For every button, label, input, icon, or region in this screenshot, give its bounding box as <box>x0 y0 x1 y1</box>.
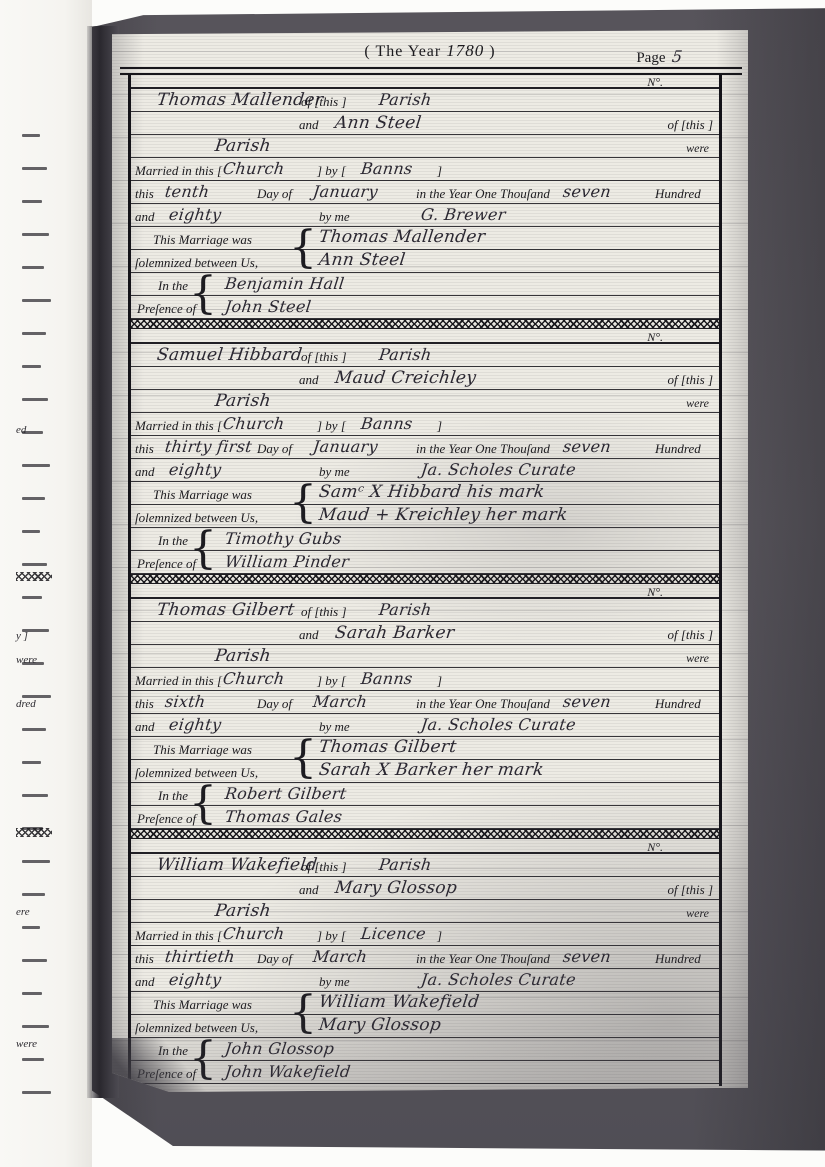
married-in-value: Church <box>222 414 286 433</box>
parish-line: Parish were <box>131 645 719 668</box>
and-label: and <box>135 974 155 990</box>
this-label: this <box>135 441 154 457</box>
presence-of-label: Preſence of <box>137 556 196 572</box>
minister-line: and eighty by me Ja. Scholes Curate <box>131 714 719 737</box>
day-of-label: Day of <box>257 951 292 967</box>
date-line: this thirtieth Day of March in the Year … <box>131 946 719 969</box>
record-number-row: N°. <box>131 839 719 854</box>
bride-name: Maud Creichley <box>334 368 478 388</box>
this-label: this <box>135 951 154 967</box>
marriage-method-value: Banns <box>360 669 414 688</box>
facing-page-divider-fragment <box>16 828 52 837</box>
witness2-line: Preſence of William Pinder <box>131 551 719 574</box>
and-label: and <box>299 882 319 898</box>
day-of-label: Day of <box>257 696 292 712</box>
marriage-was-label: This Marriage was <box>153 232 252 248</box>
married-in-this-label: Married in this [ <box>135 418 222 434</box>
were-label: were <box>686 141 709 156</box>
and-label: and <box>299 372 319 388</box>
groom-signature-line: This Marriage was Thomas Gilbert <box>131 737 719 760</box>
signature-brace: { <box>289 225 317 271</box>
ruled-line-end <box>22 167 47 170</box>
year-hundreds-value: seven <box>562 947 612 966</box>
marriage-method-value: Banns <box>360 159 414 178</box>
signature-brace: { <box>289 735 317 781</box>
of-this-label: of [this ] <box>667 882 713 898</box>
groom-name: Thomas Gilbert <box>156 600 296 620</box>
year-phrase-label: in the Year One Thouſand <box>416 951 550 967</box>
bride-line: and Ann Steel of [this ] <box>131 112 719 135</box>
groom-signature-line: This Marriage was William Wakefield <box>131 992 719 1015</box>
parish-line: Parish were <box>131 135 719 158</box>
signature-brace: { <box>289 480 317 526</box>
records: N°. Thomas Mallender of [this ] Parish a… <box>131 74 719 1084</box>
were-label: were <box>686 651 709 666</box>
married-in-value: Church <box>222 669 286 688</box>
groom-line: Thomas Gilbert of [this ] Parish <box>131 599 719 622</box>
minister-signature: Ja. Scholes Curate <box>420 715 577 734</box>
day-of-label: Day of <box>257 441 292 457</box>
ruled-line-end <box>22 266 44 269</box>
in-the-label: In the <box>158 533 188 549</box>
bride-signature-line: ſolemnized between Us, Mary Glossop <box>131 1015 719 1038</box>
facing-page-edge: edy ]weredrederewere <box>0 0 92 1167</box>
year-phrase-label: in the Year One Thouſand <box>416 441 550 457</box>
ruled-line-end <box>22 860 50 863</box>
minister-signature: Ja. Scholes Curate <box>420 970 577 989</box>
marriage-record: N°. Thomas Gilbert of [this ] Parish and… <box>131 584 719 829</box>
record-number-label: N°. <box>647 330 663 345</box>
of-this-label: of [this ] <box>667 372 713 388</box>
page-number: Page5 <box>636 47 682 67</box>
married-line: Married in this [ Church ] by [ Banns ] <box>131 413 719 436</box>
day-of-label: Day of <box>257 186 292 202</box>
groom-name: Samuel Hibbard <box>156 345 304 365</box>
and-label: and <box>135 209 155 225</box>
by-label: ] by [ <box>317 928 346 944</box>
bride-name: Sarah Barker <box>334 623 456 643</box>
ruled-line-end <box>22 563 47 566</box>
groom-line: Thomas Mallender of [this ] Parish <box>131 89 719 112</box>
year-phrase-label: in the Year One Thouſand <box>416 696 550 712</box>
witness-brace: { <box>189 526 217 572</box>
ruled-line-end <box>22 893 45 896</box>
married-line: Married in this [ Church ] by [ Licence … <box>131 923 719 946</box>
register-frame: N°. Thomas Mallender of [this ] Parish a… <box>128 74 722 1086</box>
ruled-line-end <box>22 530 40 533</box>
bracket-close: ] <box>437 928 442 944</box>
day-value: tenth <box>164 182 211 201</box>
record-number-label: N°. <box>647 840 663 855</box>
marriage-was-label: This Marriage was <box>153 997 252 1013</box>
day-value: sixth <box>164 692 207 711</box>
in-the-label: In the <box>158 788 188 804</box>
facing-page-text-fragment: ed <box>16 424 26 436</box>
signature-brace: { <box>289 990 317 1036</box>
hundred-label: Hundred <box>655 441 701 457</box>
ruled-line-end <box>22 1058 44 1061</box>
bracket-close: ] <box>437 673 442 689</box>
groom-parish: Parish <box>378 345 433 364</box>
by-me-label: by me <box>319 719 350 735</box>
ruled-line-end <box>22 761 41 764</box>
witness1-line: In the Robert Gilbert <box>131 783 719 806</box>
bride-signature: Sarah X Barker her mark <box>318 760 545 780</box>
groom-signature: Samᶜ X Hibbard his mark <box>318 482 546 502</box>
witness2-signature: John Wakefield <box>224 1062 352 1081</box>
ruled-line-end <box>22 596 42 599</box>
groom-line: William Wakefield of [this ] Parish <box>131 854 719 877</box>
by-me-label: by me <box>319 974 350 990</box>
year-value: 1780 <box>446 41 484 60</box>
section-divider <box>131 829 719 839</box>
by-label: ] by [ <box>317 673 346 689</box>
date-line: this thirty first Day of January in the … <box>131 436 719 459</box>
bride-parish: Parish <box>214 136 272 156</box>
groom-name: Thomas Mallender <box>156 90 325 110</box>
year-tens-value: eighty <box>168 460 223 479</box>
year-hundreds-value: seven <box>562 437 612 456</box>
frame-top-rule <box>120 67 742 69</box>
day-value: thirtieth <box>164 947 236 966</box>
by-me-label: by me <box>319 464 350 480</box>
ruled-line-end <box>22 233 49 236</box>
witness2-line: Preſence of Thomas Gales <box>131 806 719 829</box>
month-value: January <box>312 182 379 201</box>
of-this-label: of [this ] <box>667 627 713 643</box>
ruled-line-end <box>22 992 42 995</box>
facing-page-text-fragment: dred <box>16 698 36 710</box>
ruled-line-end <box>22 728 46 731</box>
facing-page-text-fragment: ere <box>16 906 30 918</box>
bride-signature: Mary Glossop <box>318 1015 443 1035</box>
married-line: Married in this [ Church ] by [ Banns ] <box>131 158 719 181</box>
of-this-label: of [this ] <box>301 604 347 620</box>
minister-line: and eighty by me G. Brewer <box>131 204 719 227</box>
section-divider <box>131 319 719 329</box>
record-number-row: N°. <box>131 329 719 344</box>
ruled-line-end <box>22 299 51 302</box>
hundred-label: Hundred <box>655 951 701 967</box>
married-in-value: Church <box>222 924 286 943</box>
presence-of-label: Preſence of <box>137 811 196 827</box>
minister-signature: Ja. Scholes Curate <box>420 460 577 479</box>
date-line: this tenth Day of January in the Year On… <box>131 181 719 204</box>
marriage-was-label: This Marriage was <box>153 487 252 503</box>
facing-page-divider-fragment <box>16 572 52 581</box>
hundred-label: Hundred <box>655 186 701 202</box>
marriage-was-label: This Marriage was <box>153 742 252 758</box>
and-label: and <box>135 464 155 480</box>
parish-line: Parish were <box>131 390 719 413</box>
year-phrase-label: in the Year One Thouſand <box>416 186 550 202</box>
bride-signature: Maud + Kreichley her mark <box>318 505 569 525</box>
marriage-record: N°. Samuel Hibbard of [this ] Parish and… <box>131 329 719 574</box>
scanned-register-sheet: edy ]weredrederewere ( The Year 1780 ) P… <box>0 0 825 1167</box>
and-label: and <box>299 117 319 133</box>
ruled-line-end <box>22 794 48 797</box>
bride-parish: Parish <box>214 391 272 411</box>
witness2-signature: William Pinder <box>224 552 351 571</box>
ruled-line-end <box>22 200 42 203</box>
by-label: ] by [ <box>317 163 346 179</box>
month-value: March <box>312 947 369 966</box>
section-divider <box>131 574 719 584</box>
by-me-label: by me <box>319 209 350 225</box>
hundred-label: Hundred <box>655 696 701 712</box>
facing-page-text-fragment: y ] <box>16 630 28 642</box>
record-number-label: N°. <box>647 585 663 600</box>
page-label: Page <box>636 50 665 66</box>
witness1-signature: John Glossop <box>224 1039 336 1058</box>
record-number-row: N°. <box>131 74 719 89</box>
bride-signature-line: ſolemnized between Us, Ann Steel <box>131 250 719 273</box>
married-in-value: Church <box>222 159 286 178</box>
bride-parish: Parish <box>214 646 272 666</box>
groom-signature: Thomas Mallender <box>318 227 487 247</box>
ruled-line-end <box>22 332 46 335</box>
bride-line: and Mary Glossop of [this ] <box>131 877 719 900</box>
ruled-line-end <box>22 1025 49 1028</box>
year-title-prefix: ( The Year <box>364 43 441 60</box>
by-label: ] by [ <box>317 418 346 434</box>
this-label: this <box>135 186 154 202</box>
presence-of-label: Preſence of <box>137 301 196 317</box>
marriage-record: N°. Thomas Mallender of [this ] Parish a… <box>131 74 719 319</box>
page-header: ( The Year 1780 ) Page5 <box>112 41 748 67</box>
witness-brace: { <box>189 271 217 317</box>
groom-name: William Wakefield <box>156 855 319 875</box>
and-label: and <box>135 719 155 735</box>
bride-parish: Parish <box>214 901 272 921</box>
ruled-line-end <box>22 398 48 401</box>
minister-signature: G. Brewer <box>420 205 507 224</box>
groom-signature: Thomas Gilbert <box>318 737 458 757</box>
bride-line: and Maud Creichley of [this ] <box>131 367 719 390</box>
bride-name: Ann Steel <box>334 113 423 133</box>
of-this-label: of [this ] <box>301 859 347 875</box>
record-number-label: N°. <box>647 75 663 90</box>
year-tens-value: eighty <box>168 970 223 989</box>
groom-parish: Parish <box>378 600 433 619</box>
witness1-line: In the Benjamin Hall <box>131 273 719 296</box>
of-this-label: of [this ] <box>667 117 713 133</box>
witness1-signature: Robert Gilbert <box>224 784 348 803</box>
year-hundreds-value: seven <box>562 692 612 711</box>
year-hundreds-value: seven <box>562 182 612 201</box>
bride-line: and Sarah Barker of [this ] <box>131 622 719 645</box>
day-value: thirty first <box>164 437 253 456</box>
page-number-value: 5 <box>670 47 683 66</box>
bride-signature: Ann Steel <box>318 250 407 270</box>
ruled-line-end <box>22 1091 51 1094</box>
in-the-label: In the <box>158 278 188 294</box>
month-value: March <box>312 692 369 711</box>
groom-signature-line: This Marriage was Samᶜ X Hibbard his mar… <box>131 482 719 505</box>
groom-signature-line: This Marriage was Thomas Mallender <box>131 227 719 250</box>
ruled-line-end <box>22 497 45 500</box>
witness-brace: { <box>189 781 217 827</box>
ruled-line-end <box>22 134 40 137</box>
groom-line: Samuel Hibbard of [this ] Parish <box>131 344 719 367</box>
month-value: January <box>312 437 379 456</box>
witness1-signature: Timothy Gubs <box>224 529 343 548</box>
groom-signature: William Wakefield <box>318 992 481 1012</box>
ruled-line-end <box>22 464 50 467</box>
bracket-close: ] <box>437 418 442 434</box>
married-in-this-label: Married in this [ <box>135 928 222 944</box>
married-line: Married in this [ Church ] by [ Banns ] <box>131 668 719 691</box>
facing-page-text-fragment: were <box>16 654 37 666</box>
register-page: ( The Year 1780 ) Page5 N°. Thomas Malle… <box>112 30 748 1092</box>
minister-line: and eighty by me Ja. Scholes Curate <box>131 969 719 992</box>
date-line: this sixth Day of March in the Year One … <box>131 691 719 714</box>
of-this-label: of [this ] <box>301 94 347 110</box>
ruled-line-end <box>22 926 40 929</box>
witness2-signature: Thomas Gales <box>224 807 344 826</box>
witness2-line: Preſence of John Steel <box>131 296 719 319</box>
year-tens-value: eighty <box>168 205 223 224</box>
minister-line: and eighty by me Ja. Scholes Curate <box>131 459 719 482</box>
bracket-close: ] <box>437 163 442 179</box>
witness2-signature: John Steel <box>224 297 313 316</box>
witness1-line: In the Timothy Gubs <box>131 528 719 551</box>
bride-signature-line: ſolemnized between Us, Sarah X Barker he… <box>131 760 719 783</box>
bride-signature-line: ſolemnized between Us, Maud + Kreichley … <box>131 505 719 528</box>
groom-parish: Parish <box>378 855 433 874</box>
witness1-signature: Benjamin Hall <box>224 274 346 293</box>
groom-parish: Parish <box>378 90 433 109</box>
marriage-method-value: Licence <box>360 924 427 943</box>
were-label: were <box>686 396 709 411</box>
record-number-row: N°. <box>131 584 719 599</box>
marriage-method-value: Banns <box>360 414 414 433</box>
year-title-suffix: ) <box>489 43 495 60</box>
married-in-this-label: Married in this [ <box>135 673 222 689</box>
married-in-this-label: Married in this [ <box>135 163 222 179</box>
this-label: this <box>135 696 154 712</box>
bride-name: Mary Glossop <box>334 878 459 898</box>
year-tens-value: eighty <box>168 715 223 734</box>
and-label: and <box>299 627 319 643</box>
of-this-label: of [this ] <box>301 349 347 365</box>
ruled-line-end <box>22 959 47 962</box>
facing-page-text-fragment: were <box>16 1038 37 1050</box>
were-label: were <box>686 906 709 921</box>
ruled-line-end <box>22 365 41 368</box>
parish-line: Parish were <box>131 900 719 923</box>
